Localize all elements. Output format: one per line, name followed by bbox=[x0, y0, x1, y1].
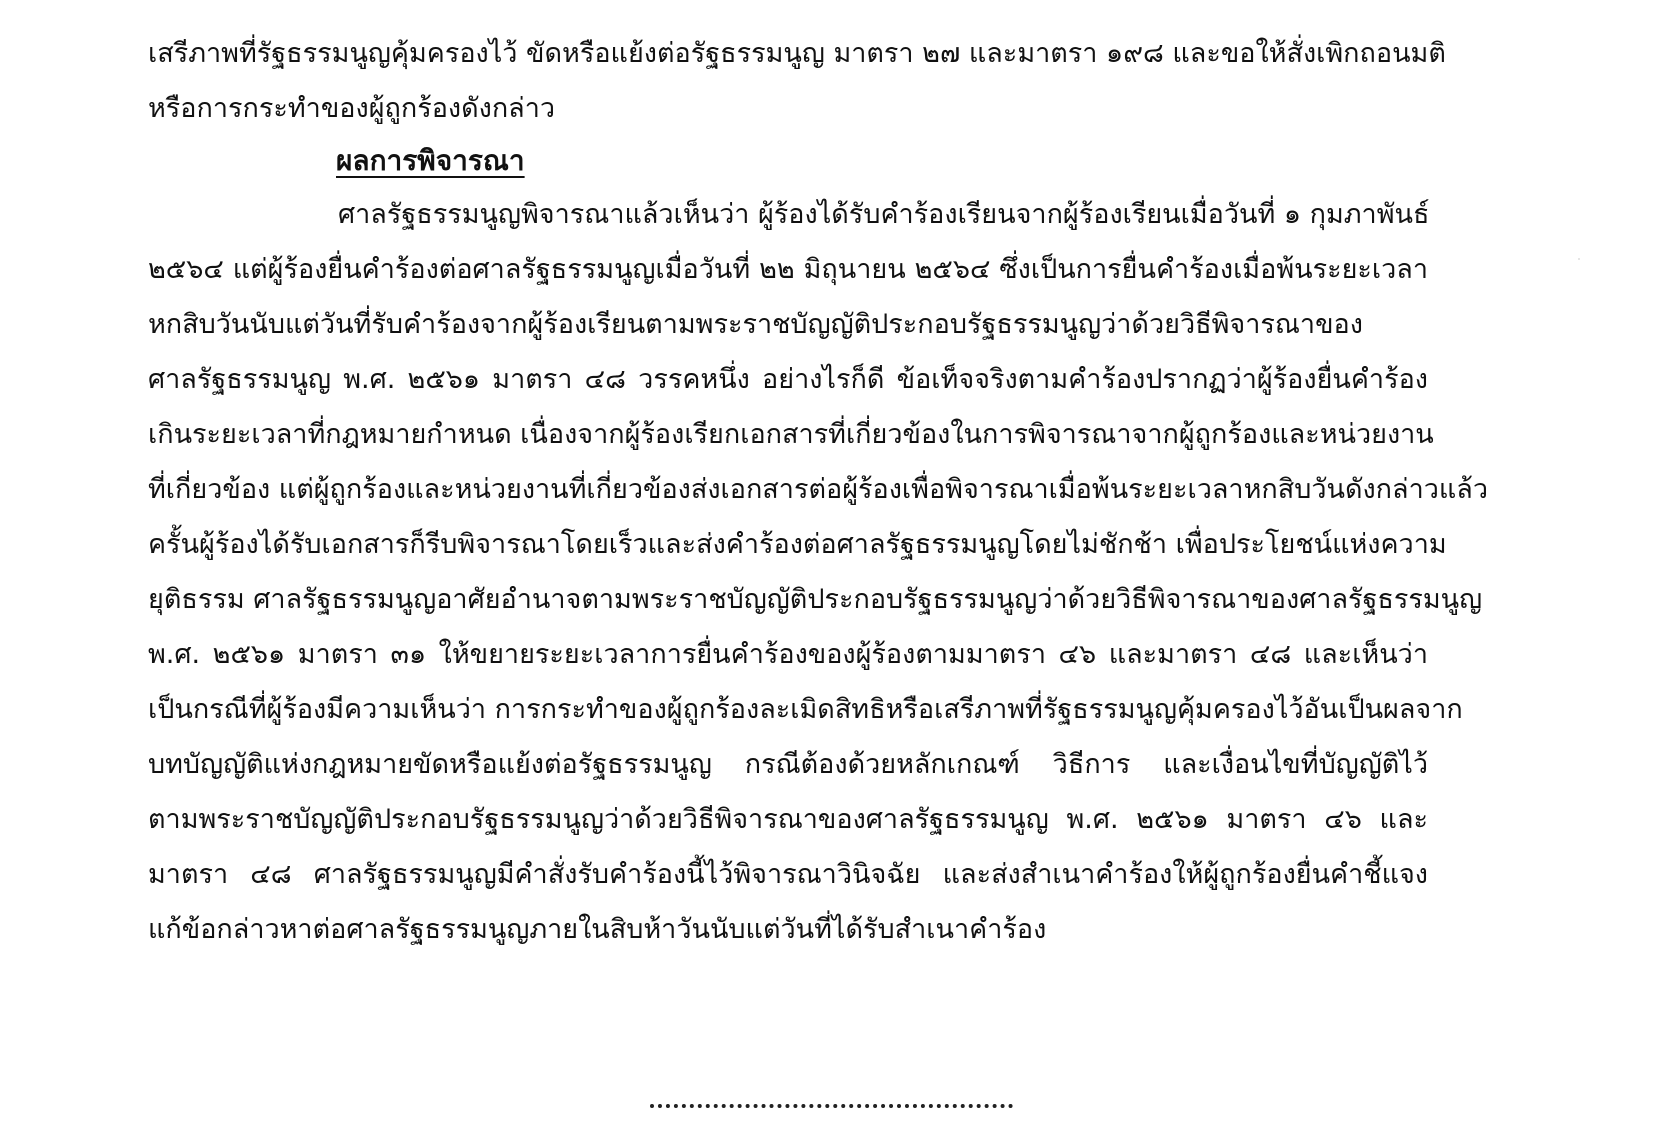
body-line-1: ศาลรัฐธรรมนูญพิจารณาแล้วเห็นว่า ผู้ร้องไ… bbox=[338, 187, 1428, 242]
body-line-8: ยุติธรรม ศาลรัฐธรรมนูญอาศัยอำนาจตามพระรา… bbox=[148, 572, 1428, 627]
body-line-11: บทบัญญัติแห่งกฎหมายขัดหรือแย้งต่อรัฐธรรม… bbox=[148, 737, 1428, 792]
dotted-separator bbox=[650, 1104, 1013, 1108]
body-line-4: ศาลรัฐธรรมนูญ พ.ศ. ๒๕๖๑ มาตรา ๔๘ วรรคหนึ… bbox=[148, 352, 1428, 407]
scan-artifact bbox=[1578, 258, 1580, 260]
intro-line-1: เสรีภาพที่รัฐธรรมนูญคุ้มครองไว้ ขัดหรือแ… bbox=[148, 26, 1428, 81]
body-line-6: ที่เกี่ยวข้อง แต่ผู้ถูกร้องและหน่วยงานที… bbox=[148, 462, 1428, 517]
body-line-3: หกสิบวันนับแต่วันที่รับคำร้องจากผู้ร้องเ… bbox=[148, 297, 1428, 352]
body-line-13: มาตรา ๔๘ ศาลรัฐธรรมนูญมีคำสั่งรับคำร้องน… bbox=[148, 847, 1428, 902]
body-line-5: เกินระยะเวลาที่กฎหมายกำหนด เนื่องจากผู้ร… bbox=[148, 407, 1428, 462]
body-line-12: ตามพระราชบัญญัติประกอบรัฐธรรมนูญว่าด้วยว… bbox=[148, 792, 1428, 847]
section-heading: ผลการพิจารณา bbox=[336, 133, 525, 188]
body-line-9: พ.ศ. ๒๕๖๑ มาตรา ๓๑ ให้ขยายระยะเวลาการยื่… bbox=[148, 627, 1428, 682]
body-line-14: แก้ข้อกล่าวหาต่อศาลรัฐธรรมนูญภายในสิบห้า… bbox=[148, 902, 1428, 957]
intro-line-2: หรือการกระทำของผู้ถูกร้องดังกล่าว bbox=[148, 81, 1428, 136]
document-page: เสรีภาพที่รัฐธรรมนูญคุ้มครองไว้ ขัดหรือแ… bbox=[0, 0, 1654, 1140]
body-line-10: เป็นกรณีที่ผู้ร้องมีความเห็นว่า การกระทำ… bbox=[148, 682, 1428, 737]
body-line-7: ครั้นผู้ร้องได้รับเอกสารก็รีบพิจารณาโดยเ… bbox=[148, 517, 1428, 572]
body-line-2: ๒๕๖๔ แต่ผู้ร้องยื่นคำร้องต่อศาลรัฐธรรมนู… bbox=[148, 242, 1428, 297]
